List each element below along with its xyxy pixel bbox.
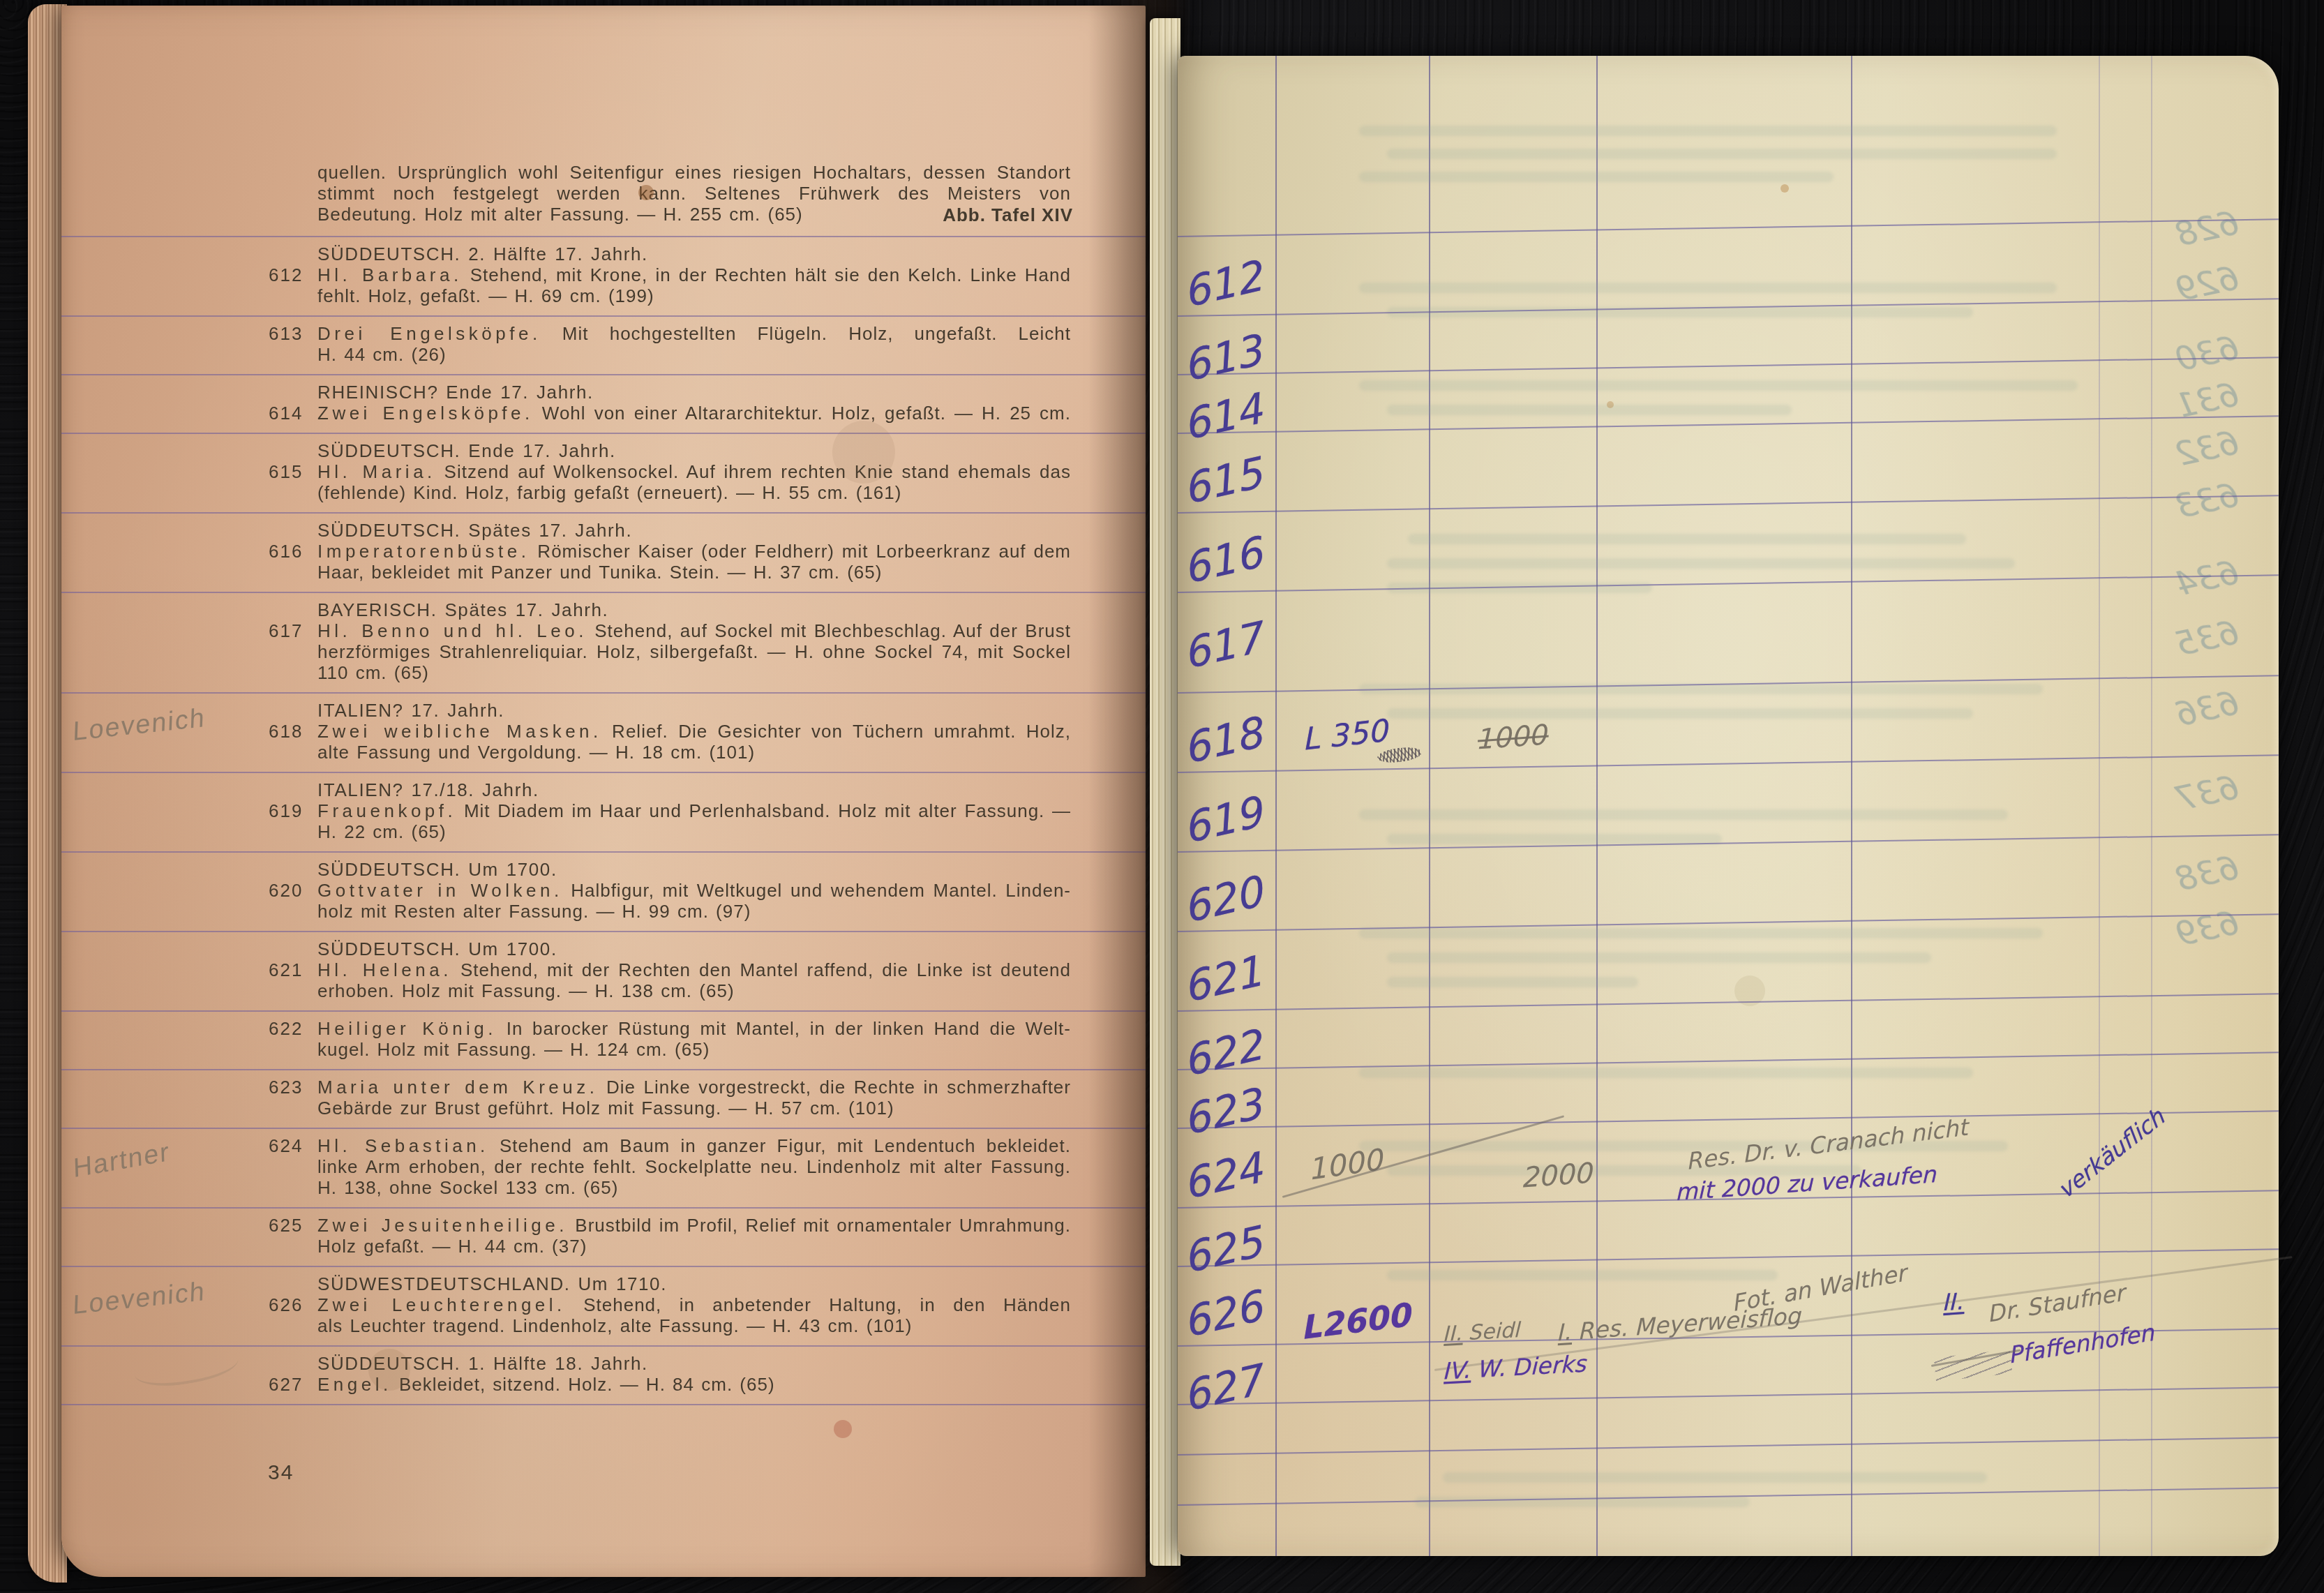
catalog-entries: 612 SÜDDEUTSCH. 2. Hälfte 17. Jahrh. Hl.… xyxy=(61,237,1146,1405)
ledger-rule xyxy=(1178,1437,2279,1456)
entry-number: 622 xyxy=(269,1018,303,1040)
ledger-row: 619 xyxy=(1178,773,2279,853)
dealer-note: II. Seidl xyxy=(1444,1318,1522,1347)
entry-text: Zwei Jesuitenheilige. Brustbild im Profi… xyxy=(317,1215,1071,1257)
entry-header: SÜDDEUTSCH. Um 1700. xyxy=(317,938,1071,959)
ledger-lot-number: 626 xyxy=(1184,1280,1268,1347)
entry-number: 614 xyxy=(269,403,303,424)
paper-stain xyxy=(368,1349,410,1391)
entry-header: SÜDDEUTSCH. Um 1700. xyxy=(317,859,1071,880)
ledger-row: 620 xyxy=(1178,853,2279,932)
ledger-lot-number: 627 xyxy=(1184,1354,1268,1421)
bleedthrough-text xyxy=(1387,149,2057,159)
entry-text: Hl. Helena. Stehend, mit der Rechten den… xyxy=(317,959,1071,1001)
photo-note: Fot. an Walther xyxy=(1733,1259,1909,1317)
catalog-entry: 620 SÜDDEUTSCH. Um 1700. Gottvater in Wo… xyxy=(61,853,1146,932)
entry-header: SÜDDEUTSCH. 2. Hälfte 17. Jahrh. xyxy=(317,244,1071,264)
entry-text: Hl. Sebastian. Stehend am Baum in ganzer… xyxy=(317,1135,1071,1198)
margin-note: Hartner xyxy=(73,1137,170,1185)
ledger-row: 617 xyxy=(1178,593,2279,694)
catalog-entry: Hartner 624 Hl. Sebastian. Stehend am Ba… xyxy=(61,1129,1146,1209)
ledger-row: 615 xyxy=(1178,434,2279,514)
entry-header: ITALIEN? 17. Jahrh. xyxy=(317,700,1071,721)
ledger-row: 626L2600II. SeidlI. Res. MeyerweisflogFo… xyxy=(1178,1267,2279,1347)
entry-text: Maria unter dem Kreuz. Die Linke vorgest… xyxy=(317,1077,1071,1119)
entry-text: Hl. Maria. Sitzend auf Wolkensockel. Auf… xyxy=(317,461,1071,503)
ledger-row: 622 xyxy=(1178,1012,2279,1070)
catalog-entry: 616 SÜDDEUTSCH. Spätes 17. Jahrh. Impera… xyxy=(61,514,1146,593)
ledger-row: 627IV. W. Dierks xyxy=(1178,1347,2279,1405)
entry-header: SÜDWESTDEUTSCHLAND. Um 1710. xyxy=(317,1273,1071,1294)
price-annotation: L 350 xyxy=(1305,712,1390,757)
catalog-entry: 617 BAYERISCH. Spätes 17. Jahrh. Hl. Ben… xyxy=(61,593,1146,694)
ledger-row: 623 xyxy=(1178,1070,2279,1129)
ledger-row: 614 xyxy=(1178,375,2279,434)
entry-number: 615 xyxy=(269,461,303,483)
entry-number: 616 xyxy=(269,541,303,562)
ledger-lot-number: 620 xyxy=(1184,866,1268,933)
catalog-entry: 621 SÜDDEUTSCH. Um 1700. Hl. Helena. Ste… xyxy=(61,932,1146,1012)
entry-number: 621 xyxy=(269,959,303,981)
entry-header: BAYERISCH. Spätes 17. Jahrh. xyxy=(317,599,1071,620)
entry-text: Engel. Bekleidet, sitzend. Holz. — H. 84… xyxy=(317,1374,1071,1395)
paper-stain xyxy=(1781,184,1789,193)
catalog-entry: 625 Zwei Jesuitenheilige. Brustbild im P… xyxy=(61,1209,1146,1267)
entry-header: RHEINISCH? Ende 17. Jahrh. xyxy=(317,382,1071,403)
entry-header: ITALIEN? 17./18. Jahrh. xyxy=(317,779,1071,800)
entry-text: Heiliger König. In barocker Rüstung mit … xyxy=(317,1018,1071,1060)
ledger-row: 621 xyxy=(1178,932,2279,1012)
dealer-note: IV. W. Dierks xyxy=(1444,1350,1588,1385)
entry-number: 620 xyxy=(269,880,303,902)
price-annotation: L2600 xyxy=(1303,1295,1413,1346)
entry-text: Zwei weibliche Masken. Relief. Die Gesic… xyxy=(317,721,1071,763)
crossed-out-price: 1000 xyxy=(1310,1142,1386,1186)
entry-header: SÜDDEUTSCH. Ende 17. Jahrh. xyxy=(317,440,1071,461)
paper-stain xyxy=(832,421,895,484)
plate-reference: Abb. Tafel XIV xyxy=(943,204,1073,226)
entry-text: Frauenkopf. Mit Diadem im Haar und Perle… xyxy=(317,800,1071,842)
ledger-rule xyxy=(1178,218,2279,237)
ledger-row: 62410002000Res. Dr. v. Cranach nichtmit … xyxy=(1178,1129,2279,1209)
ledger-lot-number: 617 xyxy=(1184,612,1268,679)
entry-number: 613 xyxy=(269,323,303,345)
crossed-out-price: 1000 xyxy=(1477,719,1549,756)
ledger-lot-number: 616 xyxy=(1184,527,1268,594)
catalog-entry: 615 SÜDDEUTSCH. Ende 17. Jahrh. Hl. Mari… xyxy=(61,434,1146,514)
entry-number: 624 xyxy=(269,1135,303,1157)
ledger-lot-number: 612 xyxy=(1184,250,1268,317)
catalog-entry: 619 ITALIEN? 17./18. Jahrh. Frauenkopf. … xyxy=(61,773,1146,853)
intro-line: quellen. Ursprünglich wohl Seitenfigur e… xyxy=(317,162,1071,183)
entry-number: 619 xyxy=(269,800,303,822)
entry-header: SÜDDEUTSCH. Spätes 17. Jahrh. xyxy=(317,520,1071,541)
catalog-text-block: quellen. Ursprünglich wohl Seitenfigur e… xyxy=(61,6,1146,1405)
dealer-note: Dr. Staufner xyxy=(1988,1278,2127,1327)
catalog-left-page: quellen. Ursprünglich wohl Seitenfigur e… xyxy=(61,6,1146,1577)
paper-stain xyxy=(834,1420,852,1438)
ledger-row: 616 xyxy=(1178,514,2279,593)
entry-number: 627 xyxy=(269,1374,303,1396)
ledger-lot-number: 624 xyxy=(1184,1142,1268,1209)
catalog-entry: 622 Heiliger König. In barocker Rüstung … xyxy=(61,1012,1146,1070)
entry-text: Zwei Engelsköpfe. Wohl von einer Altarar… xyxy=(317,403,1071,424)
ledger-lot-number: 618 xyxy=(1184,707,1268,774)
intro-line: stimmt noch festgelegt werden kann. Selt… xyxy=(317,183,1071,204)
entry-header: SÜDDEUTSCH. 1. Hälfte 18. Jahrh. xyxy=(317,1353,1071,1374)
entry-text: Gottvater in Wolken. Halbfigur, mit Welt… xyxy=(317,880,1071,922)
ledger-row: 625 xyxy=(1178,1209,2279,1267)
ledger-row: 613 xyxy=(1178,317,2279,375)
price-annotation: 2000 xyxy=(1522,1157,1594,1194)
ledger-lot-number: 615 xyxy=(1184,447,1268,514)
entry-number: 625 xyxy=(269,1215,303,1236)
catalog-entry: 613 Drei Engelsköpfe. Mit hochgestellten… xyxy=(61,317,1146,375)
entry-number: 617 xyxy=(269,620,303,642)
entry-text: Hl. Benno und hl. Leo. Stehend, auf Sock… xyxy=(317,620,1071,683)
entry-text: Hl. Barbara. Stehend, mit Krone, in der … xyxy=(317,264,1071,306)
ledger-row: 612 xyxy=(1178,237,2279,317)
bleedthrough-text xyxy=(1359,172,1834,182)
margin-note: Loevenich xyxy=(73,703,207,747)
right-page-leaf-edges xyxy=(1150,18,1180,1566)
catalog-entry: 614 RHEINISCH? Ende 17. Jahrh. Zwei Enge… xyxy=(61,375,1146,434)
catalog-entry: Loevenich 626 SÜDWESTDEUTSCHLAND. Um 171… xyxy=(61,1267,1146,1347)
entry-text: Zwei Leuchterengel. Stehend, in anbetend… xyxy=(317,1294,1071,1336)
catalog-entry: 623 Maria unter dem Kreuz. Die Linke vor… xyxy=(61,1070,1146,1129)
bleedthrough-text xyxy=(1359,126,2057,136)
entry-number: 626 xyxy=(269,1294,303,1316)
ledger-right-page: 6286296306316326336346356366376386396126… xyxy=(1178,56,2279,1556)
ledger-lot-number: 621 xyxy=(1184,945,1268,1012)
catalog-entry: 612 SÜDDEUTSCH. 2. Hälfte 17. Jahrh. Hl.… xyxy=(61,237,1146,317)
margin-note: Loevenich xyxy=(73,1277,207,1321)
bleedthrough-text xyxy=(1443,1472,1987,1483)
paper-stain xyxy=(638,185,654,200)
page-number: 34 xyxy=(268,1461,294,1485)
catalog-entry: Loevenich 618 ITALIEN? 17. Jahrh. Zwei w… xyxy=(61,694,1146,773)
intro-paragraph: quellen. Ursprünglich wohl Seitenfigur e… xyxy=(61,162,1146,237)
entry-number: 612 xyxy=(269,264,303,286)
entry-text: Imperatorenbüste. Römischer Kaiser (oder… xyxy=(317,541,1071,583)
entry-text: Drei Engelsköpfe. Mit hochgestellten Flü… xyxy=(317,323,1071,365)
entry-number: 623 xyxy=(269,1077,303,1098)
entry-number: 618 xyxy=(269,721,303,742)
book-scan: quellen. Ursprünglich wohl Seitenfigur e… xyxy=(0,0,2324,1593)
ledger-row: 618L 3501000 xyxy=(1178,694,2279,773)
ledger-lot-number: 619 xyxy=(1184,786,1268,853)
